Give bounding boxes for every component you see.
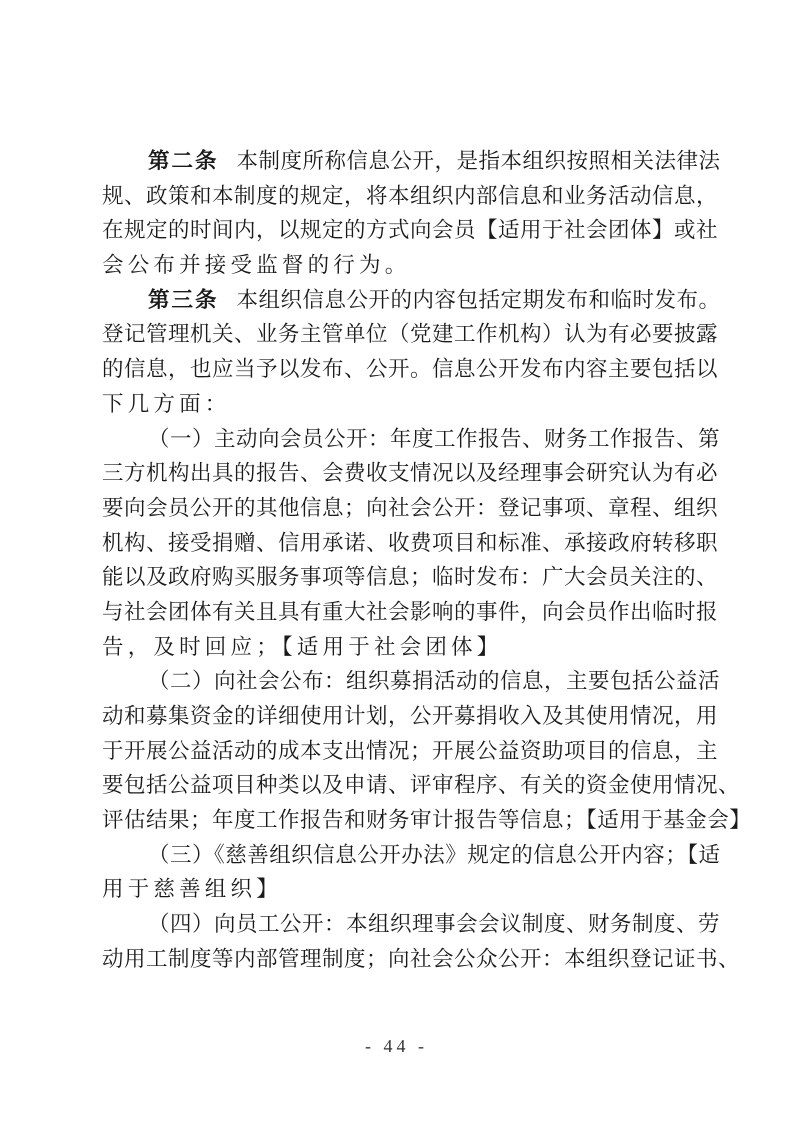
paragraph-line: （三）《慈善组织信息公开办法》规定的信息公开内容；【适 [102,839,691,874]
item-3-paragraph: （三）《慈善组织信息公开办法》规定的信息公开内容；【适 用于慈善组织】 [102,839,691,908]
paragraph-line: 第三条本组织信息公开的内容包括定期发布和临时发布。 [102,284,691,319]
paragraph-line: 要包括公益项目种类以及申请、评审程序、有关的资金使用情况、 [102,769,691,804]
item-4-paragraph: （四）向员工公开：本组织理事会会议制度、财务制度、劳 动用工制度等内部管理制度；… [102,908,691,977]
paragraph-line: 动和募集资金的详细使用计划，公开募捐收入及其使用情况，用 [102,700,691,735]
paragraph-line: 于开展公益活动的成本支出情况；开展公益资助项目的信息，主 [102,735,691,770]
paragraph-line: 告，及时回应；【适用于社会团体】 [102,631,691,666]
article-heading: 第二条 [148,149,219,174]
paragraph-line: 第二条本制度所称信息公开，是指本组织按照相关法律法 [102,145,691,180]
paragraph-line: 能以及政府购买服务事项等信息；临时发布：广大会员关注的、 [102,561,691,596]
paragraph-line: 动用工制度等内部管理制度；向社会公众公开：本组织登记证书、 [102,943,691,978]
item-1-paragraph: （一）主动向会员公开：年度工作报告、财务工作报告、第 三方机构出具的报告、会费收… [102,423,691,666]
paragraph-line: 与社会团体有关且具有重大社会影响的事件，向会员作出临时报 [102,596,691,631]
paragraph-line: 要向会员公开的其他信息；向社会公开：登记事项、章程、组织 [102,492,691,527]
paragraph-line: 在规定的时间内，以规定的方式向会员【适用于社会团体】或社 [102,214,691,249]
document-body: 第二条本制度所称信息公开，是指本组织按照相关法律法 规、政策和本制度的规定，将本… [102,145,691,978]
paragraph-line: 规、政策和本制度的规定，将本组织内部信息和业务活动信息， [102,180,691,215]
document-page: 第二条本制度所称信息公开，是指本组织按照相关法律法 规、政策和本制度的规定，将本… [0,0,793,1122]
item-2-paragraph: （二）向社会公布：组织募捐活动的信息，主要包括公益活 动和募集资金的详细使用计划… [102,665,691,838]
paragraph-line: （二）向社会公布：组织募捐活动的信息，主要包括公益活 [102,665,691,700]
article-2-paragraph: 第二条本制度所称信息公开，是指本组织按照相关法律法 规、政策和本制度的规定，将本… [102,145,691,284]
article-heading: 第三条 [148,288,219,313]
paragraph-line: 用于慈善组织】 [102,873,691,908]
paragraph-line: 三方机构出具的报告、会费收支情况以及经理事会研究认为有必 [102,457,691,492]
paragraph-line: （四）向员工公开：本组织理事会会议制度、财务制度、劳 [102,908,691,943]
page-number: - 44 - [0,1036,793,1057]
paragraph-line: （一）主动向会员公开：年度工作报告、财务工作报告、第 [102,423,691,458]
paragraph-line: 下几方面： [102,388,691,423]
paragraph-line: 评估结果；年度工作报告和财务审计报告等信息；【适用于基金会】 [102,804,691,839]
paragraph-line: 的信息，也应当予以发布、公开。信息公开发布内容主要包括以 [102,353,691,388]
article-3-paragraph: 第三条本组织信息公开的内容包括定期发布和临时发布。 登记管理机关、业务主管单位（… [102,284,691,423]
paragraph-line: 登记管理机关、业务主管单位（党建工作机构）认为有必要披露 [102,318,691,353]
paragraph-line: 会公布并接受监督的行为。 [102,249,691,284]
paragraph-line: 机构、接受捐赠、信用承诺、收费项目和标准、承接政府转移职 [102,527,691,562]
